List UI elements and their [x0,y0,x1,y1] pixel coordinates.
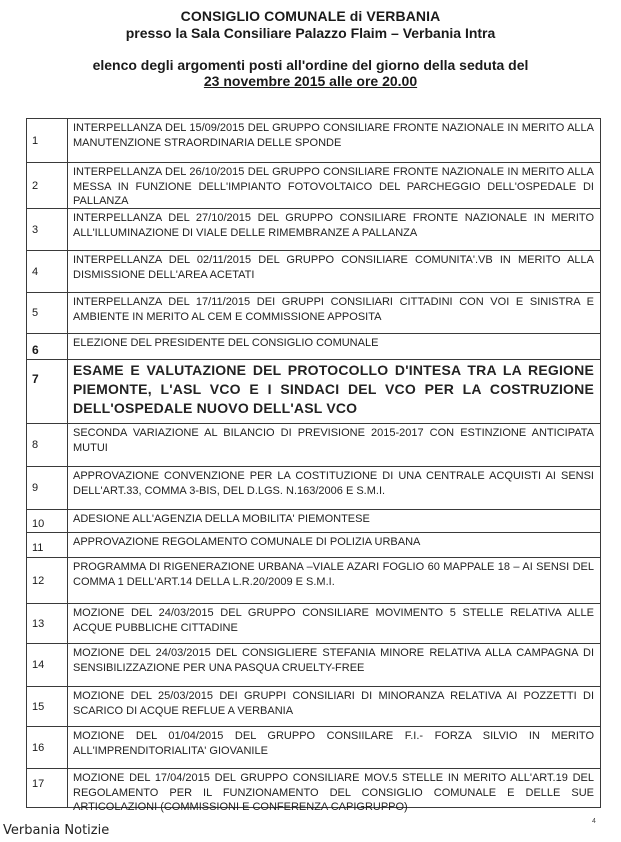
item-number-cell: 2 [27,163,68,208]
item-number-cell: 6 [27,334,68,359]
item-text: ELEZIONE DEL PRESIDENTE DEL CONSIGLIO CO… [73,336,594,351]
item-text: MOZIONE DEL 24/03/2015 DEL GRUPPO CONSIL… [73,606,594,635]
agenda-row: 13 MOZIONE DEL 24/03/2015 DEL GRUPPO CON… [26,603,601,644]
item-text: INTERPELLANZA DEL 17/11/2015 DEI GRUPPI … [73,295,594,324]
agenda-row: 11 APPROVAZIONE REGOLAMENTO COMUNALE DI … [26,532,601,558]
item-number-cell: 9 [27,467,68,509]
item-number-cell: 3 [27,209,68,250]
item-number-cell: 5 [27,293,68,333]
item-number-cell: 8 [27,424,68,466]
agenda-row: 16 MOZIONE DEL 01/04/2015 DEL GRUPPO CON… [26,726,601,769]
agenda-row: 4 INTERPELLANZA DEL 02/11/2015 DEL GRUPP… [26,250,601,293]
agenda-row: 15 MOZIONE DEL 25/03/2015 DEI GRUPPI CON… [26,686,601,727]
session-date-line: 23 novembre 2015 alle ore 20.00 [0,73,621,89]
item-text: INTERPELLANZA DEL 27/10/2015 DEL GRUPPO … [73,211,594,240]
item-number-cell: 10 [27,510,68,532]
agenda-row: 8 SECONDA VARIAZIONE AL BILANCIO DI PREV… [26,423,601,467]
agenda-row: 3 INTERPELLANZA DEL 27/10/2015 DEL GRUPP… [26,208,601,251]
agenda-row: 9 APPROVAZIONE CONVENZIONE PER LA COSTIT… [26,466,601,510]
item-text: SECONDA VARIAZIONE AL BILANCIO DI PREVIS… [73,426,594,455]
agenda-row: 17 MOZIONE DEL 17/04/2015 DEL GRUPPO CON… [26,768,601,808]
item-number-cell: 4 [27,251,68,292]
item-text: MOZIONE DEL 25/03/2015 DEI GRUPPI CONSIL… [73,689,594,718]
agenda-row: 6 ELEZIONE DEL PRESIDENTE DEL CONSIGLIO … [26,333,601,360]
item-text-highlighted: ESAME E VALUTAZIONE DEL PROTOCOLLO D'INT… [73,361,594,418]
item-number-cell: 17 [27,769,68,807]
agenda-row: 10 ADESIONE ALL'AGENZIA DELLA MOBILITA' … [26,509,601,533]
item-number-cell: 16 [27,727,68,768]
item-text: MOZIONE DEL 24/03/2015 DEL CONSIGLIERE S… [73,646,594,675]
item-text: MOZIONE DEL 17/04/2015 DEL GRUPPO CONSIL… [73,771,594,815]
venue-line: presso la Sala Consiliare Palazzo Flaim … [0,25,621,41]
page-mark: 4 [592,818,596,825]
item-number-cell: 7 [27,360,68,423]
agenda-row: 5 INTERPELLANZA DEL 17/11/2015 DEI GRUPP… [26,292,601,334]
agenda-row: 12 PROGRAMMA DI RIGENERAZIONE URBANA –VI… [26,557,601,604]
item-number-cell: 11 [27,533,68,557]
item-number-cell: 13 [27,604,68,643]
item-text: APPROVAZIONE CONVENZIONE PER LA COSTITUZ… [73,469,594,498]
item-text: ADESIONE ALL'AGENZIA DELLA MOBILITA' PIE… [73,512,594,527]
item-text: INTERPELLANZA DEL 02/11/2015 DEL GRUPPO … [73,253,594,282]
agenda-row: 14 MOZIONE DEL 24/03/2015 DEL CONSIGLIER… [26,643,601,687]
watermark: Verbania Notizie [3,823,109,838]
item-number-cell: 1 [27,119,68,162]
item-number-cell: 15 [27,687,68,726]
council-title: CONSIGLIO COMUNALE di VERBANIA [0,8,621,24]
item-text: INTERPELLANZA DEL 15/09/2015 DEL GRUPPO … [73,121,594,150]
agenda-row: 7 ESAME E VALUTAZIONE DEL PROTOCOLLO D'I… [26,359,601,424]
item-number-cell: 14 [27,644,68,686]
item-text: APPROVAZIONE REGOLAMENTO COMUNALE DI POL… [73,535,594,550]
session-date: 23 novembre 2015 alle ore 20.00 [204,73,417,89]
item-text: INTERPELLANZA DEL 26/10/2015 DEL GRUPPO … [73,165,594,209]
item-text: PROGRAMMA DI RIGENERAZIONE URBANA –VIALE… [73,560,594,589]
item-text: MOZIONE DEL 01/04/2015 DEL GRUPPO CONSII… [73,729,594,758]
agenda-row: 2 INTERPELLANZA DEL 26/10/2015 DEL GRUPP… [26,162,601,209]
agenda-intro: elenco degli argomenti posti all'ordine … [0,57,621,73]
agenda-row: 1 INTERPELLANZA DEL 15/09/2015 DEL GRUPP… [26,118,601,163]
item-number-cell: 12 [27,558,68,603]
